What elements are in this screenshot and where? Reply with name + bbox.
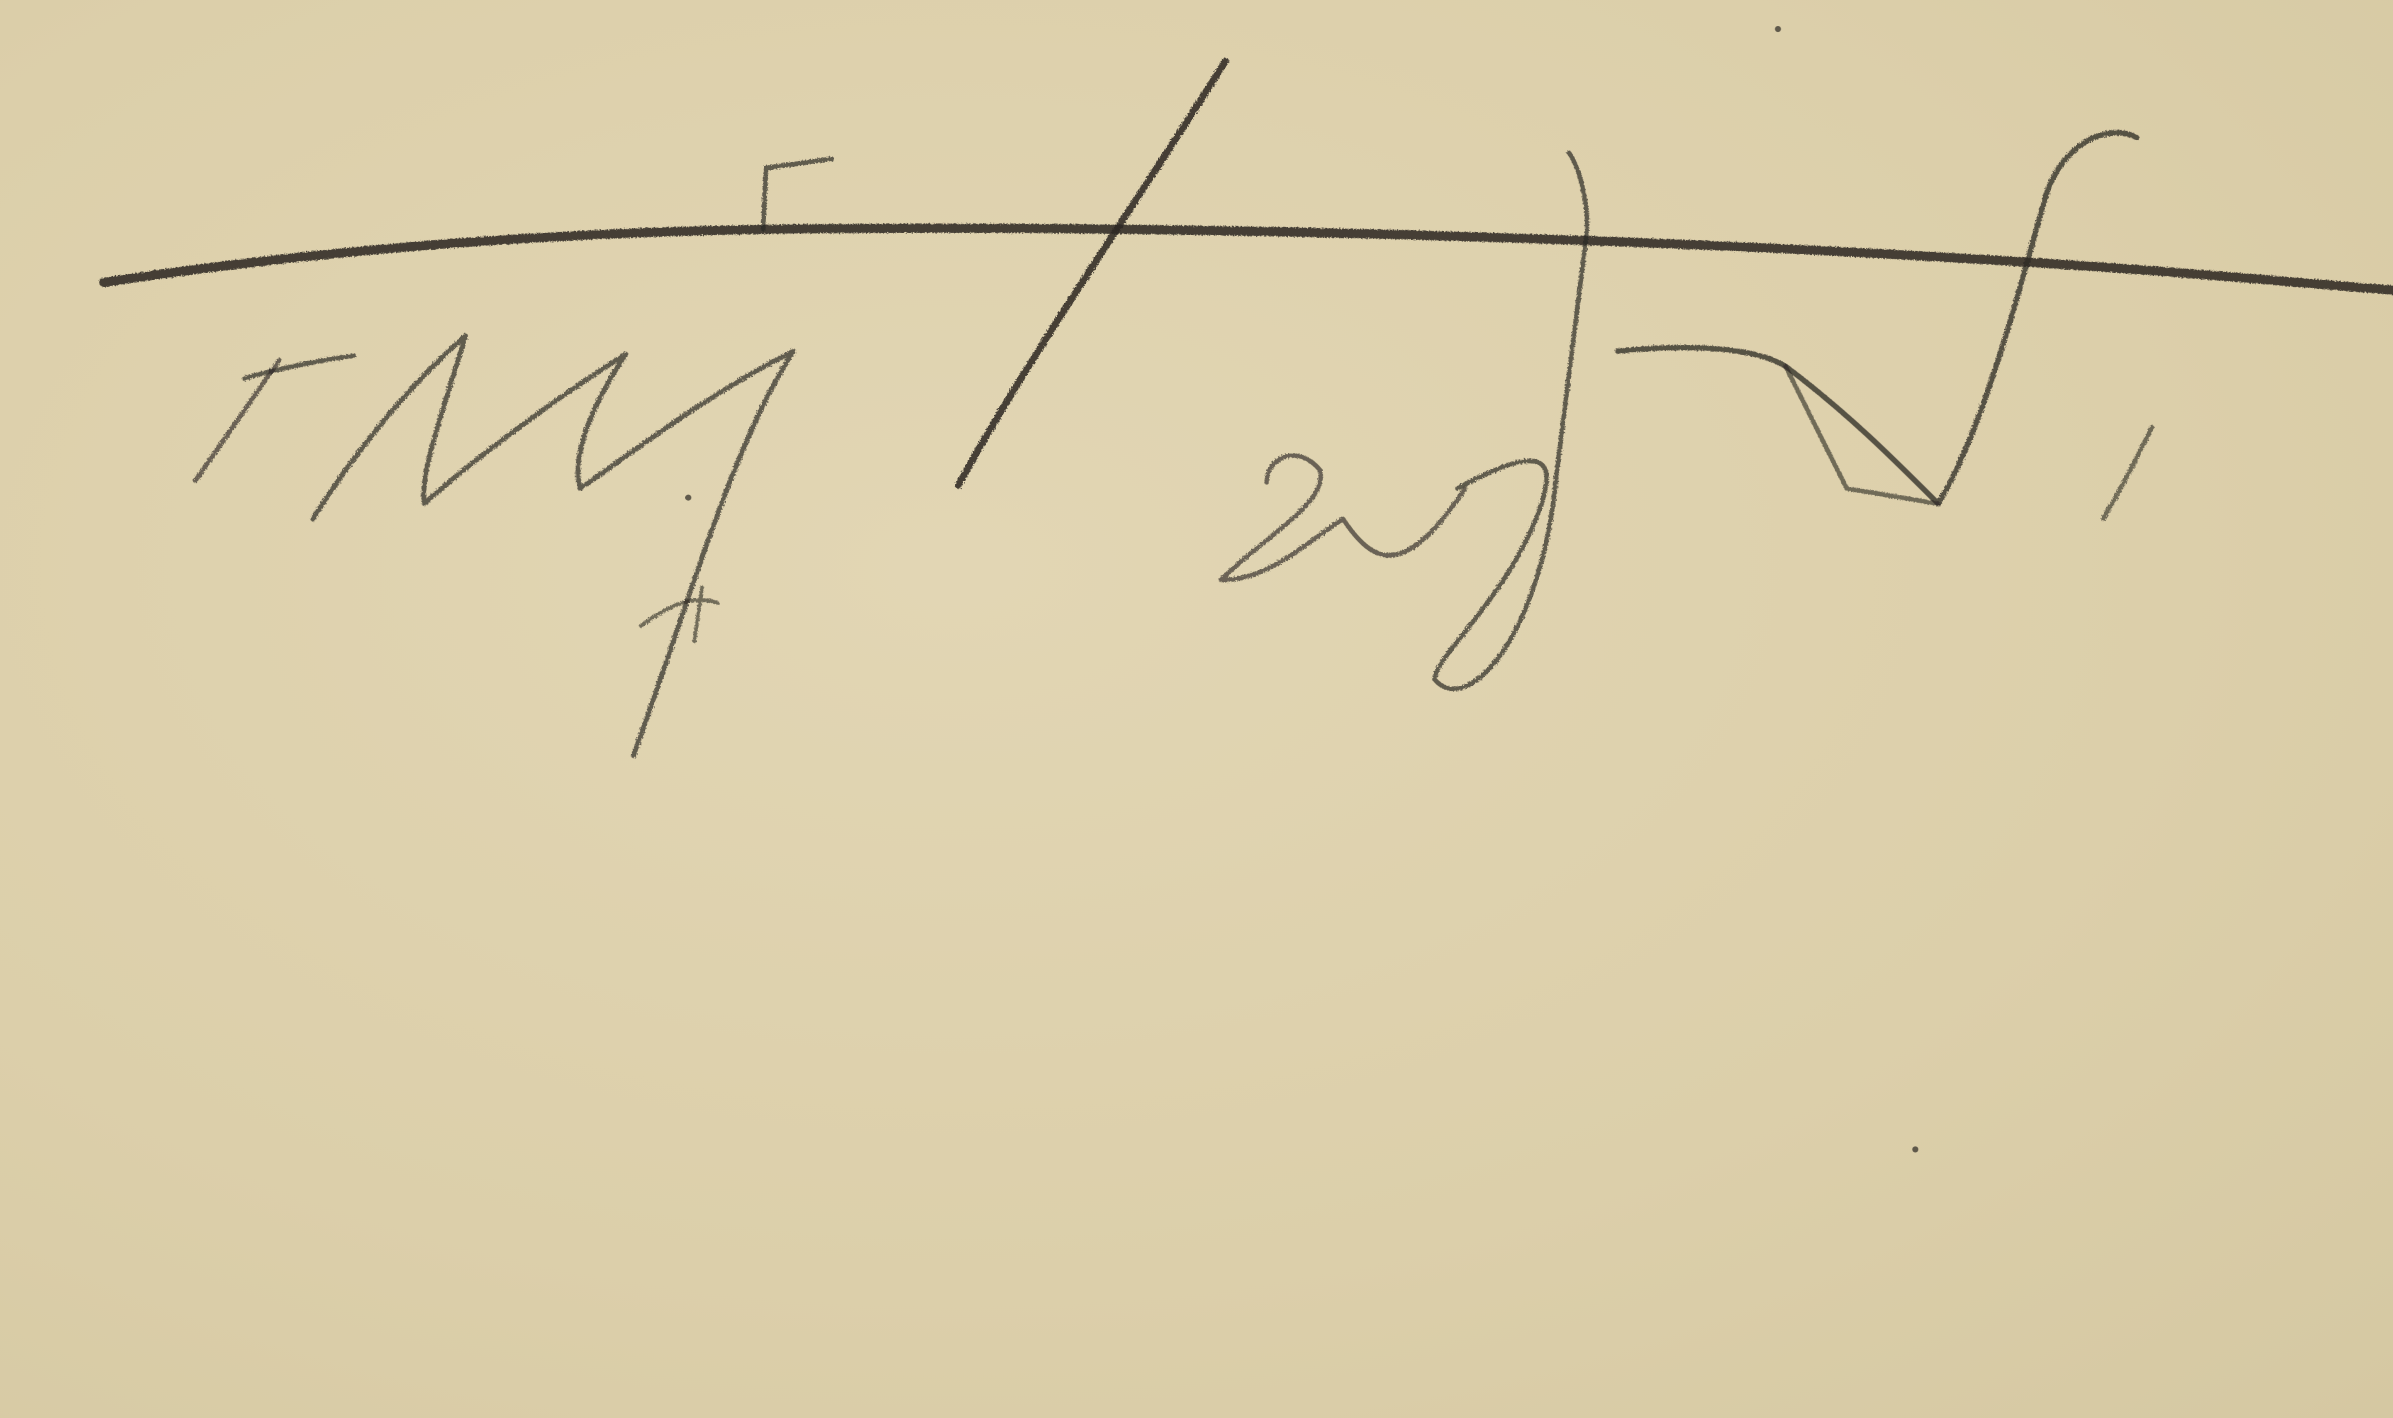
- slash-stroke: [958, 61, 1225, 485]
- strike-line: [104, 228, 2393, 290]
- pencil-drawing: [0, 0, 2393, 1418]
- paper-sheet: [0, 0, 2393, 1418]
